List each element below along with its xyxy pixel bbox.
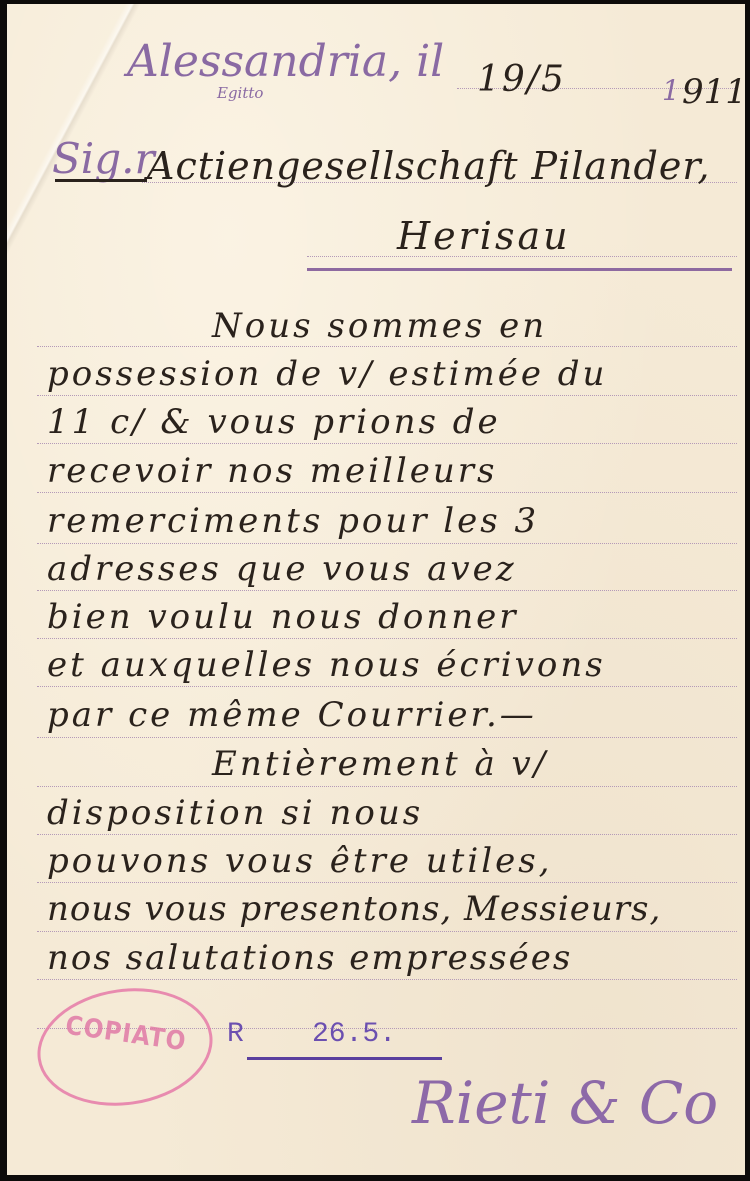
date-day-month: 19/5 [477,59,566,100]
body-line: et auxquelles nous écrivons [47,645,606,685]
recipient-city: Herisau [397,214,571,258]
body-rule [37,737,737,738]
reference-number: 26.5. [312,1019,396,1050]
body-rule [37,686,737,687]
company-signature: Rieti & Co [412,1069,718,1137]
strikethrough-mark [55,179,147,182]
body-rule [37,786,737,787]
recipient-name: Actiengesellschaft Pilander, [147,144,710,188]
salutation-printed: Sig.r [52,134,155,183]
body-rule [37,590,737,591]
body-line: recevoir nos meilleurs [47,451,497,491]
body-rule [37,638,737,639]
body-line: nous vous presentons, Messieurs, [47,889,661,929]
body-line: 11 c/ & vous prions de [47,402,501,442]
letter-paper: Alessandria, il Egitto 19/5 1 911 Sig.r … [7,4,745,1175]
body-rule [37,979,737,980]
body-line: adresses que vous avez [47,549,517,589]
body-line: Entièrement à v/ [212,744,548,784]
body-rule [37,346,737,347]
body-rule [37,543,737,544]
body-line: bien voulu nous donner [47,597,519,637]
body-line: Nous sommes en [212,306,547,346]
body-line: par ce même Courrier.— [47,695,537,735]
body-line: remerciments pour les 3 [47,501,539,541]
body-rule [37,931,737,932]
body-rule [37,395,737,396]
body-rule [37,834,737,835]
year-handwritten: 911 [682,72,745,112]
body-rule [37,492,737,493]
body-line: disposition si nous [47,793,423,833]
reference-underline [247,1057,442,1060]
body-line: pouvons vous être utiles, [47,841,552,881]
body-rule [37,882,737,883]
reference-letter: R [227,1019,244,1050]
year-printed-digit: 1 [662,74,680,107]
letterhead-city: Alessandria, il [127,36,444,87]
letterhead-country: Egitto [217,84,263,102]
body-line: nos salutations empressées [47,938,572,978]
body-rule [37,443,737,444]
body-line: possession de v/ estimée du [47,354,607,394]
address-underline [307,268,732,271]
